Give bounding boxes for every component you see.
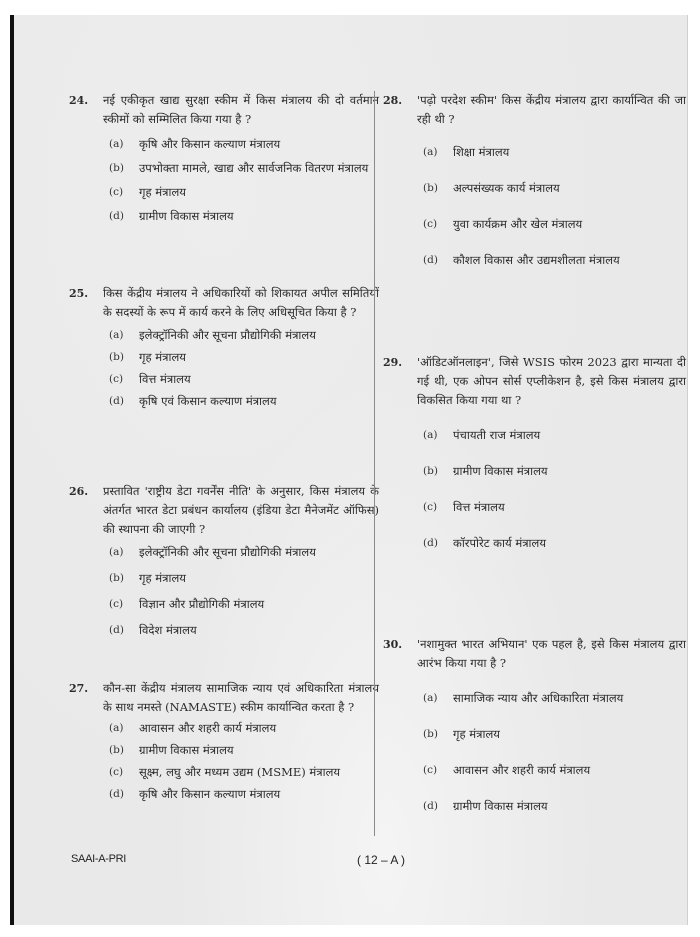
- option-b: (b)गृह मंत्रालय: [423, 725, 686, 744]
- option-b: (b)ग्रामीण विकास मंत्रालय: [109, 741, 379, 760]
- option-d: (d)ग्रामीण विकास मंत्रालय: [423, 797, 686, 816]
- option-label: (b): [423, 725, 438, 744]
- option-text: आवासन और शहरी कार्य मंत्रालय: [139, 719, 379, 738]
- option-text: विज्ञान और प्रौद्योगिकी मंत्रालय: [139, 595, 379, 614]
- option-a: (a)आवासन और शहरी कार्य मंत्रालय: [109, 719, 379, 738]
- option-a: (a)शिक्षा मंत्रालय: [423, 143, 686, 162]
- option-c: (c)आवासन और शहरी कार्य मंत्रालय: [423, 761, 686, 780]
- option-label: (a): [109, 326, 123, 345]
- option-text: कृषि और किसान कल्याण मंत्रालय: [139, 135, 379, 154]
- option-d: (d)कृषि और किसान कल्याण मंत्रालय: [109, 785, 379, 804]
- option-b: (b)गृह मंत्रालय: [109, 569, 379, 588]
- question-text: प्रस्तावित 'राष्ट्रीय डेटा गवर्नेंस नीति…: [103, 482, 379, 539]
- option-label: (a): [109, 719, 123, 738]
- question-text: 'नशामुक्त भारत अभियान' एक पहल है, इसे कि…: [417, 635, 686, 673]
- option-a: (a)इलेक्ट्रॉनिकी और सूचना प्रौद्योगिकी म…: [109, 326, 379, 345]
- option-label: (c): [423, 215, 437, 234]
- option-label: (d): [423, 534, 438, 553]
- option-c: (c)युवा कार्यक्रम और खेल मंत्रालय: [423, 215, 686, 234]
- option-text: ग्रामीण विकास मंत्रालय: [453, 797, 686, 816]
- option-text: कृषि और किसान कल्याण मंत्रालय: [139, 785, 379, 804]
- option-label: (d): [109, 785, 124, 804]
- question-text: नई एकीकृत खाद्य सुरक्षा स्कीम में किस मं…: [103, 91, 379, 129]
- option-a: (a)पंचायती राज मंत्रालय: [423, 426, 686, 445]
- option-text: अल्पसंख्यक कार्य मंत्रालय: [453, 179, 686, 198]
- page-number: ( 12 – A ): [357, 853, 405, 867]
- option-text: वित्त मंत्रालय: [139, 370, 379, 389]
- option-text: आवासन और शहरी कार्य मंत्रालय: [453, 761, 686, 780]
- option-label: (c): [423, 761, 437, 780]
- question-24: 24. नई एकीकृत खाद्य सुरक्षा स्कीम में कि…: [69, 91, 379, 226]
- question-number: 30.: [383, 635, 402, 654]
- question-text: कौन-सा केंद्रीय मंत्रालय सामाजिक न्याय ए…: [103, 679, 379, 717]
- option-label: (b): [109, 159, 124, 178]
- option-label: (b): [423, 462, 438, 481]
- option-label: (c): [109, 183, 123, 202]
- option-text: सूक्ष्म, लघु और मध्यम उद्यम (MSME) मंत्र…: [139, 763, 379, 782]
- option-d: (d)कॉरपोरेट कार्य मंत्रालय: [423, 534, 686, 553]
- right-column: 28. 'पढ़ो परदेश स्कीम' किस केंद्रीय मंत्…: [374, 91, 686, 836]
- option-label: (a): [109, 135, 123, 154]
- option-label: (a): [423, 426, 437, 445]
- option-label: (a): [423, 143, 437, 162]
- question-29: 29. 'ऑडिटऑनलाइन', जिसे WSIS फोरम 2023 द्…: [383, 353, 686, 553]
- option-text: गृह मंत्रालय: [139, 348, 379, 367]
- option-label: (b): [423, 179, 438, 198]
- option-text: गृह मंत्रालय: [139, 183, 379, 202]
- question-number: 27.: [69, 679, 88, 698]
- option-a: (a)इलेक्ट्रॉनिकी और सूचना प्रौद्योगिकी म…: [109, 543, 379, 562]
- question-number: 28.: [383, 91, 402, 110]
- question-30: 30. 'नशामुक्त भारत अभियान' एक पहल है, इस…: [383, 635, 686, 816]
- option-d: (d)ग्रामीण विकास मंत्रालय: [109, 207, 379, 226]
- option-text: उपभोक्ता मामले, खाद्य और सार्वजनिक वितरण…: [139, 159, 379, 178]
- option-c: (c)सूक्ष्म, लघु और मध्यम उद्यम (MSME) मं…: [109, 763, 379, 782]
- question-25: 25. किस केंद्रीय मंत्रालय ने अधिकारियों …: [69, 284, 379, 411]
- option-text: इलेक्ट्रॉनिकी और सूचना प्रौद्योगिकी मंत्…: [139, 543, 379, 562]
- option-label: (d): [423, 251, 438, 270]
- option-label: (c): [423, 498, 437, 517]
- option-label: (d): [109, 207, 124, 226]
- option-label: (c): [109, 370, 123, 389]
- question-number: 29.: [383, 353, 402, 372]
- paper-code: SAAI-A-PRI: [71, 853, 126, 865]
- option-text: युवा कार्यक्रम और खेल मंत्रालय: [453, 215, 686, 234]
- option-label: (a): [109, 543, 123, 562]
- option-text: कॉरपोरेट कार्य मंत्रालय: [453, 534, 686, 553]
- option-text: गृह मंत्रालय: [453, 725, 686, 744]
- question-26: 26. प्रस्तावित 'राष्ट्रीय डेटा गवर्नेंस …: [69, 482, 379, 640]
- question-text: 'ऑडिटऑनलाइन', जिसे WSIS फोरम 2023 द्वारा…: [417, 353, 686, 410]
- option-label: (d): [423, 797, 438, 816]
- exam-page: 24. नई एकीकृत खाद्य सुरक्षा स्कीम में कि…: [10, 15, 688, 925]
- option-text: सामाजिक न्याय और अधिकारिता मंत्रालय: [453, 689, 686, 708]
- option-c: (c)वित्त मंत्रालय: [109, 370, 379, 389]
- option-label: (d): [109, 621, 124, 640]
- question-text: किस केंद्रीय मंत्रालय ने अधिकारियों को श…: [103, 284, 379, 322]
- option-a: (a)सामाजिक न्याय और अधिकारिता मंत्रालय: [423, 689, 686, 708]
- option-b: (b)ग्रामीण विकास मंत्रालय: [423, 462, 686, 481]
- option-d: (d)विदेश मंत्रालय: [109, 621, 379, 640]
- option-label: (d): [109, 392, 124, 411]
- option-label: (b): [109, 348, 124, 367]
- option-text: कृषि एवं किसान कल्याण मंत्रालय: [139, 392, 379, 411]
- question-27: 27. कौन-सा केंद्रीय मंत्रालय सामाजिक न्य…: [69, 679, 379, 804]
- question-number: 26.: [69, 482, 88, 501]
- option-d: (d)कृषि एवं किसान कल्याण मंत्रालय: [109, 392, 379, 411]
- option-b: (b)उपभोक्ता मामले, खाद्य और सार्वजनिक वि…: [109, 159, 379, 178]
- option-label: (b): [109, 741, 124, 760]
- option-label: (b): [109, 569, 124, 588]
- option-b: (b)अल्पसंख्यक कार्य मंत्रालय: [423, 179, 686, 198]
- option-c: (c)वित्त मंत्रालय: [423, 498, 686, 517]
- option-text: कौशल विकास और उद्यमशीलता मंत्रालय: [453, 251, 686, 270]
- option-text: गृह मंत्रालय: [139, 569, 379, 588]
- option-text: शिक्षा मंत्रालय: [453, 143, 686, 162]
- option-label: (c): [109, 595, 123, 614]
- option-b: (b)गृह मंत्रालय: [109, 348, 379, 367]
- option-text: पंचायती राज मंत्रालय: [453, 426, 686, 445]
- option-text: विदेश मंत्रालय: [139, 621, 379, 640]
- question-number: 24.: [69, 91, 88, 110]
- option-c: (c)विज्ञान और प्रौद्योगिकी मंत्रालय: [109, 595, 379, 614]
- question-text: 'पढ़ो परदेश स्कीम' किस केंद्रीय मंत्रालय…: [417, 91, 686, 129]
- option-text: ग्रामीण विकास मंत्रालय: [139, 207, 379, 226]
- option-label: (c): [109, 763, 123, 782]
- option-c: (c)गृह मंत्रालय: [109, 183, 379, 202]
- question-number: 25.: [69, 284, 88, 303]
- option-a: (a)कृषि और किसान कल्याण मंत्रालय: [109, 135, 379, 154]
- option-text: वित्त मंत्रालय: [453, 498, 686, 517]
- option-text: ग्रामीण विकास मंत्रालय: [139, 741, 379, 760]
- option-label: (a): [423, 689, 437, 708]
- option-d: (d)कौशल विकास और उद्यमशीलता मंत्रालय: [423, 251, 686, 270]
- question-28: 28. 'पढ़ो परदेश स्कीम' किस केंद्रीय मंत्…: [383, 91, 686, 270]
- option-text: ग्रामीण विकास मंत्रालय: [453, 462, 686, 481]
- option-text: इलेक्ट्रॉनिकी और सूचना प्रौद्योगिकी मंत्…: [139, 326, 379, 345]
